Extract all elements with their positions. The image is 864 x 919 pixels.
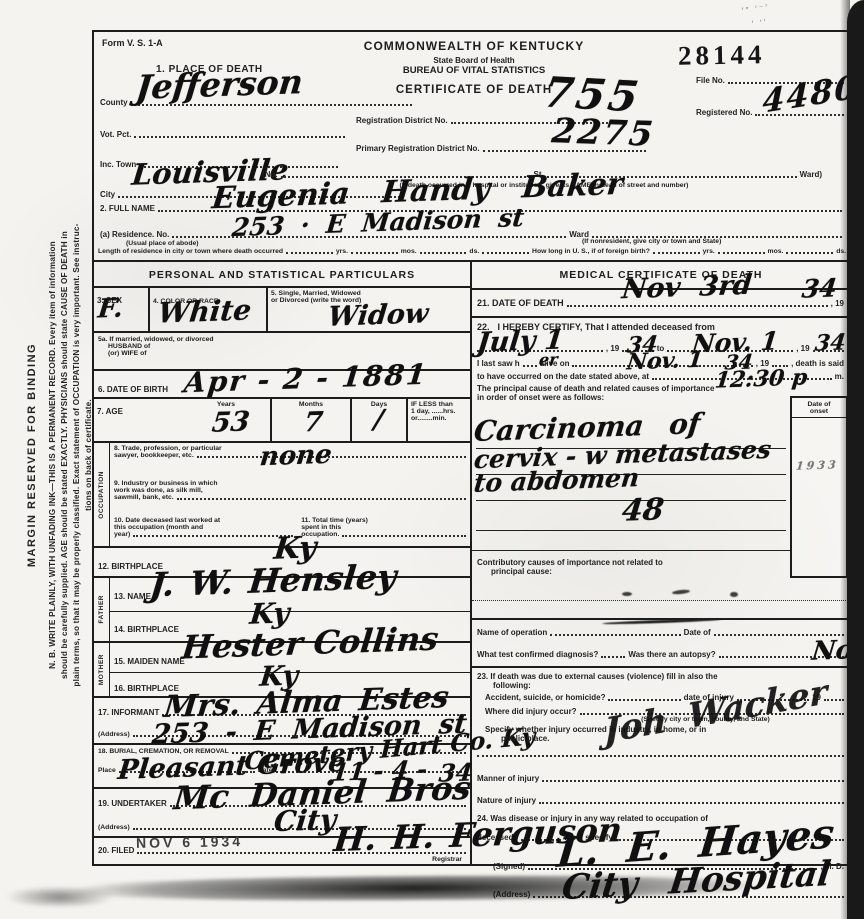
autopsy-divider [472, 666, 850, 668]
father-vertical-label: FATHER [98, 595, 105, 624]
margin-note-line3: plain terms, so that it may be properly … [72, 15, 81, 895]
pencil-marks-2: ′ ′′ [751, 17, 768, 29]
margin-note-line1: N. B. WRITE PLAINLY, WITH UNFADING INK—T… [48, 15, 57, 895]
date-of-birth-row: 6. DATE OF BIRTH Apr - 2 - 1881 [94, 371, 470, 399]
illegible-ink-mark-3 [730, 592, 738, 597]
age-label-cell: 7. AGE [94, 399, 182, 441]
date-of-label: Date of [684, 628, 711, 637]
mother-name-label: 15. MAIDEN NAME [114, 657, 185, 666]
onset-label-1: Date of [792, 398, 846, 408]
vot-pct-line [134, 134, 345, 138]
age-days-handwritten: / [373, 407, 385, 433]
trade-handwritten: none [259, 442, 333, 471]
marital-label-1: 5. Single, Married, Widowed [271, 290, 467, 297]
burial-place-label: Place [98, 767, 116, 774]
page-edge [847, 0, 864, 919]
how-long-us-label: How long in U. S., if of foreign birth? [532, 248, 650, 255]
cause-handwritten-3: to abdomen [473, 465, 641, 496]
test-label: What test confirmed diagnosis? [477, 650, 598, 659]
father-name-label: 13. NAME [114, 592, 151, 601]
mos-label: mos. [401, 248, 417, 255]
lastsaw-1: I last saw h [477, 359, 520, 368]
item10-cell: 10. Date deceased last worked at this oc… [110, 516, 297, 546]
age-years-handwritten: 53 [211, 408, 251, 436]
contributory-line-1: Contributory causes of importance not re… [477, 558, 777, 567]
certify-block: 22. I HEREBY CERTIFY, That I attended de… [477, 322, 844, 402]
sex-handwritten: F. [97, 296, 125, 323]
father-name-handwritten: J. W. Hensley [148, 560, 398, 602]
inc-town-label: Inc. Town [100, 160, 136, 169]
item5a-line3: (or) WIFE of [108, 350, 466, 357]
item10-line2: this occupation (month and [114, 524, 293, 531]
personal-header: PERSONAL AND STATISTICAL PARTICULARS [94, 262, 470, 288]
item11-cell: 11. Total time (years) spent in this occ… [297, 516, 470, 546]
operation-label: Name of operation [477, 628, 547, 637]
ds-label: ds. [469, 248, 479, 255]
contributory-line-2: principal cause: [491, 567, 844, 576]
yrs-label-2: yrs. [703, 248, 715, 255]
illegible-ink-mark-2 [672, 589, 690, 595]
if-less-cell: IF LESS than 1 day, ......hrs. or.......… [408, 399, 470, 441]
age-months-cell: Months 7 [272, 399, 352, 441]
autopsy-row: What test confirmed diagnosis? Was there… [477, 650, 844, 659]
mother-name-handwritten: Hester Collins [180, 622, 440, 663]
file-no-label: File No. [696, 76, 725, 85]
certificate-form: Form V. S. 1-A 1. PLACE OF DEATH County … [92, 30, 852, 866]
item9-line2: work was done, as silk mill, [114, 487, 466, 494]
item5a-line1: 5a. If married, widowed, or divorced [98, 336, 466, 343]
operation-row: Name of operation Date of [477, 628, 844, 637]
onset-handwritten: 1933 [795, 459, 839, 472]
primary-district-handwritten: 2275 [550, 114, 656, 151]
item9-line1: 9. Industry or business in which [114, 480, 466, 487]
nature-of-injury-row: Nature of injury [477, 796, 844, 805]
mos-label-2: mos. [768, 248, 784, 255]
filed-date-stamp: NOV 6 1934 [136, 833, 243, 851]
age-days-cell: Days / [352, 399, 408, 441]
nature-label: Nature of injury [477, 796, 536, 805]
length-residence-row: Length of residence in city or town wher… [98, 248, 846, 255]
autopsy-label: Was there an autopsy? [628, 650, 715, 659]
dob-handwritten: Apr - 2 - 1881 [183, 361, 430, 398]
filed-row: 20. FILED NOV 6 1934 H. H. Ferguson Regi… [94, 838, 470, 866]
state-board-subtitle: State Board of Health [319, 56, 629, 65]
informant-address-label: (Address) [98, 731, 130, 738]
item10-line1: 10. Date deceased last worked at [114, 517, 293, 524]
margin-note-line2: should be carefully supplied. AGE should… [60, 15, 69, 895]
where-injury-label: Where did injury occur? [485, 707, 577, 716]
dob-label: 6. DATE OF BIRTH [98, 385, 168, 394]
item9-line3: sawmill, bank, etc. [114, 494, 174, 501]
item10-line3: year) [114, 531, 130, 538]
item11-line1: 11. Total time (years) [301, 517, 466, 524]
vot-pct-row: Vot. Pct. [100, 130, 345, 139]
dod-handwritten: Nov 3rd [621, 272, 753, 304]
sex-race-marital-row: 3. SEX F. 4. COLOR OR RACE White 5. Sing… [94, 288, 470, 333]
county-handwritten: Jefferson [134, 65, 304, 104]
mother-side: MOTHER [94, 643, 110, 696]
bottom-scan-smudge-left [0, 888, 120, 906]
item5a-line2: HUSBAND of [108, 343, 466, 350]
onset-label-2: onset [792, 408, 846, 418]
item11-line2: spent in this [301, 524, 466, 531]
dod-year-handwritten: 34 [801, 275, 838, 301]
race-handwritten: White [157, 296, 253, 327]
age-label: 7. AGE [97, 407, 123, 416]
from-19: , 19 [606, 344, 619, 353]
registrar-label: Registrar [432, 856, 462, 863]
residence-label: (a) Residence. No. [100, 230, 169, 239]
contributory-block: Contributory causes of importance not re… [477, 558, 844, 576]
cause-line-5-rule [472, 550, 790, 551]
registration-district-label: Registration District No. [356, 116, 448, 125]
marital-handwritten: Widow [327, 300, 430, 331]
undertaker-address-handwritten: City [273, 806, 338, 836]
ifless-line1: IF LESS than [411, 401, 467, 408]
race-cell: 4. COLOR OR RACE White [150, 288, 268, 331]
personal-statistical-column: PERSONAL AND STATISTICAL PARTICULARS 3. … [94, 262, 472, 864]
pencil-marks: ′″ ′⁻′ [741, 2, 770, 17]
to-19: , 19 [796, 344, 809, 353]
commonwealth-title: COMMONWEALTH OF KENTUCKY [319, 39, 629, 53]
father-side: FATHER [94, 578, 110, 641]
cause-line-4-rule [476, 530, 786, 531]
undertaker-address-label: (Address) [98, 824, 130, 831]
illegible-ink-mark-1 [622, 592, 632, 596]
city-label: City [100, 190, 115, 199]
filed-label: 20. FILED [98, 846, 134, 855]
sex-cell: 3. SEX F. [94, 288, 150, 331]
age-row: 7. AGE Years 53 Months 7 Days / IF LESS … [94, 399, 470, 443]
occurred-handwritten: 12:30 p [714, 366, 809, 391]
serial-number: 28144 [678, 39, 766, 72]
nonresident-note: (If nonresident, give city or town and S… [582, 238, 721, 245]
length-residence-label: Length of residence in city or town wher… [98, 248, 283, 255]
father-birthplace-label: 14. BIRTHPLACE [114, 625, 179, 634]
death-certificate-scan: MARGIN RESERVED FOR BINDING N. B. WRITE … [0, 0, 864, 919]
registrar-signature: H. H. Ferguson [332, 813, 623, 856]
mother-vertical-label: MOTHER [98, 654, 105, 685]
county-label: County [100, 98, 128, 107]
trade-row: 8. Trade, profession, or particular sawy… [110, 443, 470, 478]
manner-label: Manner of injury [477, 774, 539, 783]
ward-label: Ward) [800, 170, 822, 179]
occupation-side: OCCUPATION [94, 443, 110, 546]
dod-label: 21. DATE OF DEATH [477, 298, 564, 308]
occurred-text: to have occurred on the date stated abov… [477, 372, 649, 381]
accident-label: Accident, suicide, or homicide? [485, 693, 605, 702]
medical-certificate-column: MEDICAL CERTIFICATE OF DEATH 21. DATE OF… [472, 262, 850, 864]
margin-binding-text: MARGIN RESERVED FOR BINDING [26, 15, 38, 895]
cause-duration-handwritten: 48 [620, 495, 665, 527]
lastsaw-date-handwritten: Nov. 1 [626, 349, 704, 374]
occupation-vertical-label: OCCUPATION [98, 471, 105, 519]
age-years-cell: Years 53 [182, 399, 272, 441]
informant-label: 17. INFORMANT [98, 708, 159, 717]
no-label: (No. [262, 170, 278, 179]
ifless-line3: or........min. [411, 415, 467, 422]
signed-label: (Signed) [493, 862, 525, 871]
registered-no-label: Registered No. [696, 108, 752, 117]
manner-of-injury-row: Manner of injury [477, 774, 844, 783]
vot-pct-label: Vot. Pct. [100, 130, 131, 139]
industry-row: 9. Industry or business in which work wa… [110, 478, 470, 515]
principal-cause-2: in order of onset were as follows: [477, 393, 844, 402]
undertaker-label: 19. UNDERTAKER [98, 799, 167, 808]
ifless-line2: 1 day, ......hrs. [411, 408, 467, 415]
primary-district-label: Primary Registration District No. [356, 144, 480, 153]
contributory-blank-rule [472, 600, 850, 601]
form-number: Form V. S. 1-A [102, 38, 163, 48]
marital-cell: 5. Single, Married, Widowed or Divorced … [268, 288, 470, 331]
dod-divider [472, 316, 850, 318]
abode-note: (Usual place of abode) [126, 240, 199, 247]
lastsaw-er-handwritten: er [538, 352, 558, 369]
full-name-label: 2. FULL NAME [100, 204, 155, 213]
yrs-label: yrs. [336, 248, 348, 255]
item8-line2: sawyer, bookkeeper, etc. [114, 452, 194, 459]
age-months-handwritten: 7 [303, 409, 325, 437]
